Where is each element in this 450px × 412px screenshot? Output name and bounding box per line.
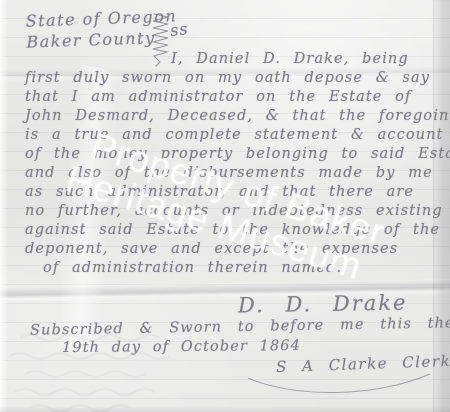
body-line: first duly sworn on my oath depose & say: [25, 70, 439, 89]
body-line: deponent, save and except the expenses: [25, 241, 439, 260]
body-line: of administration therein named.: [25, 260, 439, 279]
body-line: no further, accounts or indebtedness exi…: [25, 203, 439, 222]
body-line: of the money property belonging to said …: [25, 146, 439, 165]
scanned-affidavit-document: State of Oregon Baker County ss I, Danie…: [0, 0, 450, 412]
body-line: against said Estate to the knowledge of …: [25, 222, 439, 241]
affidavit-body: I, Daniel D. Drake, being first duly swo…: [25, 51, 439, 279]
body-line: and also of the disbursements made by me: [25, 165, 439, 184]
body-line: I, Daniel D. Drake, being: [25, 51, 439, 70]
body-line: John Desmard, Deceased, & that the foreg…: [25, 108, 439, 127]
body-line: that I am administrator on the Estate of: [25, 89, 439, 108]
ss-scilicet-mark: ss: [169, 19, 190, 40]
bleedthrough-ghost-writing: [0, 328, 330, 412]
body-line: is a true and complete statement & accou…: [25, 127, 439, 146]
drake-signature: D. D. Drake: [238, 291, 408, 318]
body-line: as such administrator, and that there ar…: [25, 184, 439, 203]
